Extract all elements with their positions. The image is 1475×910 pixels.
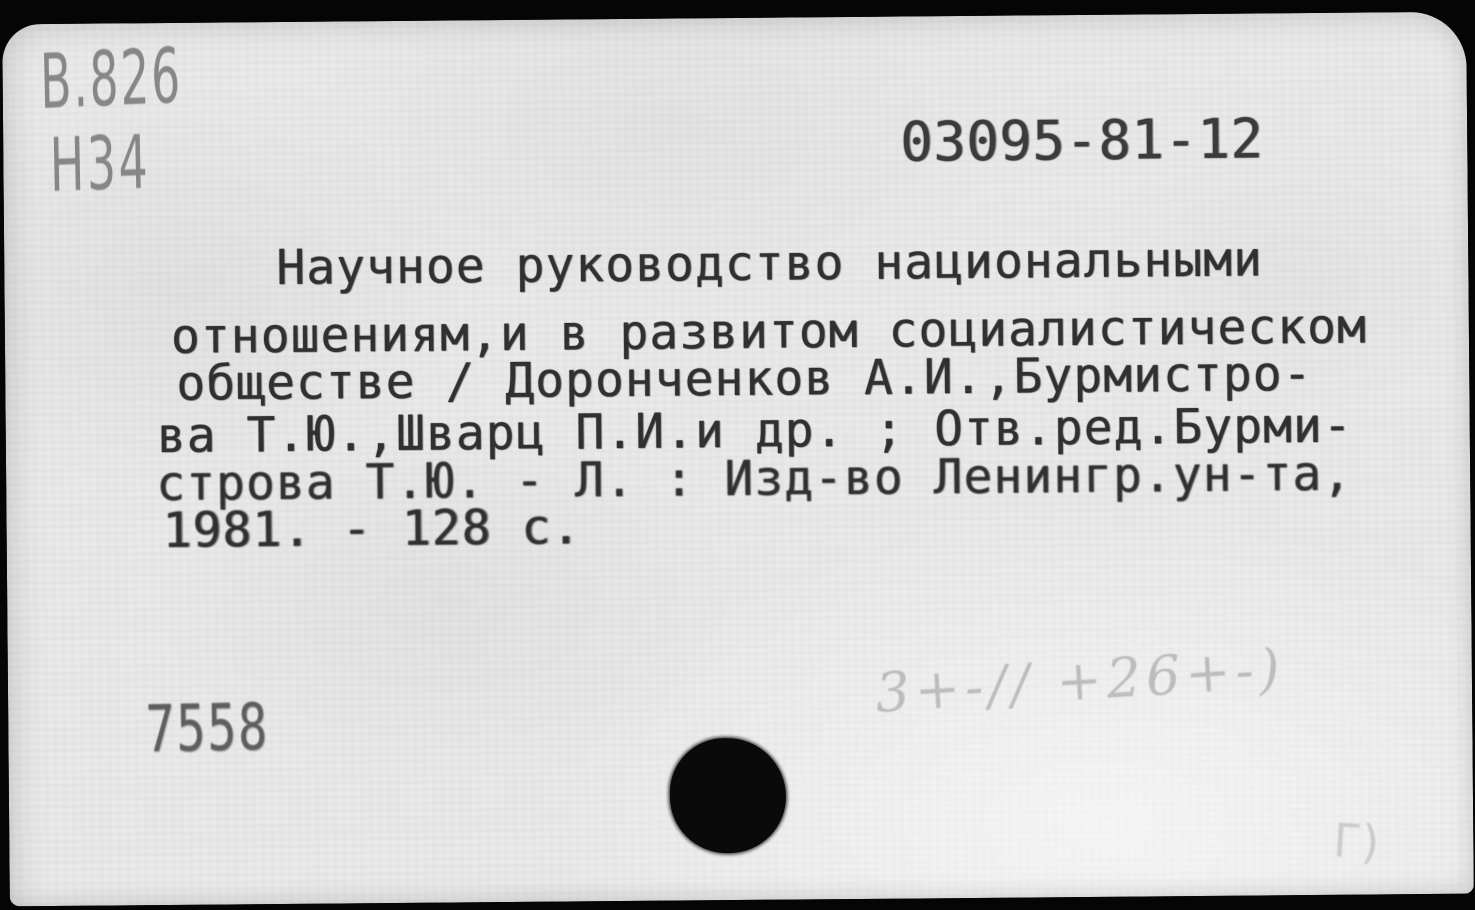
bibliographic-entry: Научное руководство национальными отноше…: [2, 12, 1466, 25]
accession-number-stamp: 7558: [145, 696, 269, 762]
catalog-card: В.826 Н34 03095-81-12 Научное руководств…: [2, 12, 1474, 907]
call-number-author-mark: Н34: [49, 125, 151, 203]
bib-entry-line: 1981. - 128 с.: [162, 503, 581, 555]
scanned-catalog-card-page: В.826 Н34 03095-81-12 Научное руководств…: [0, 0, 1475, 910]
bib-entry-line: Научное руководство национальными: [276, 235, 1263, 292]
hole-punch-icon: [669, 738, 786, 854]
bib-entry-line: строва Т.Ю. - Л. : Изд-во Ленингр.ун-та,: [156, 450, 1352, 508]
index-number: 03095-81-12: [900, 112, 1264, 169]
call-number-class: В.826: [39, 38, 182, 120]
corner-pencil-mark: Г): [1332, 817, 1381, 866]
handwritten-note: 3+-// +26+-): [874, 642, 1286, 721]
